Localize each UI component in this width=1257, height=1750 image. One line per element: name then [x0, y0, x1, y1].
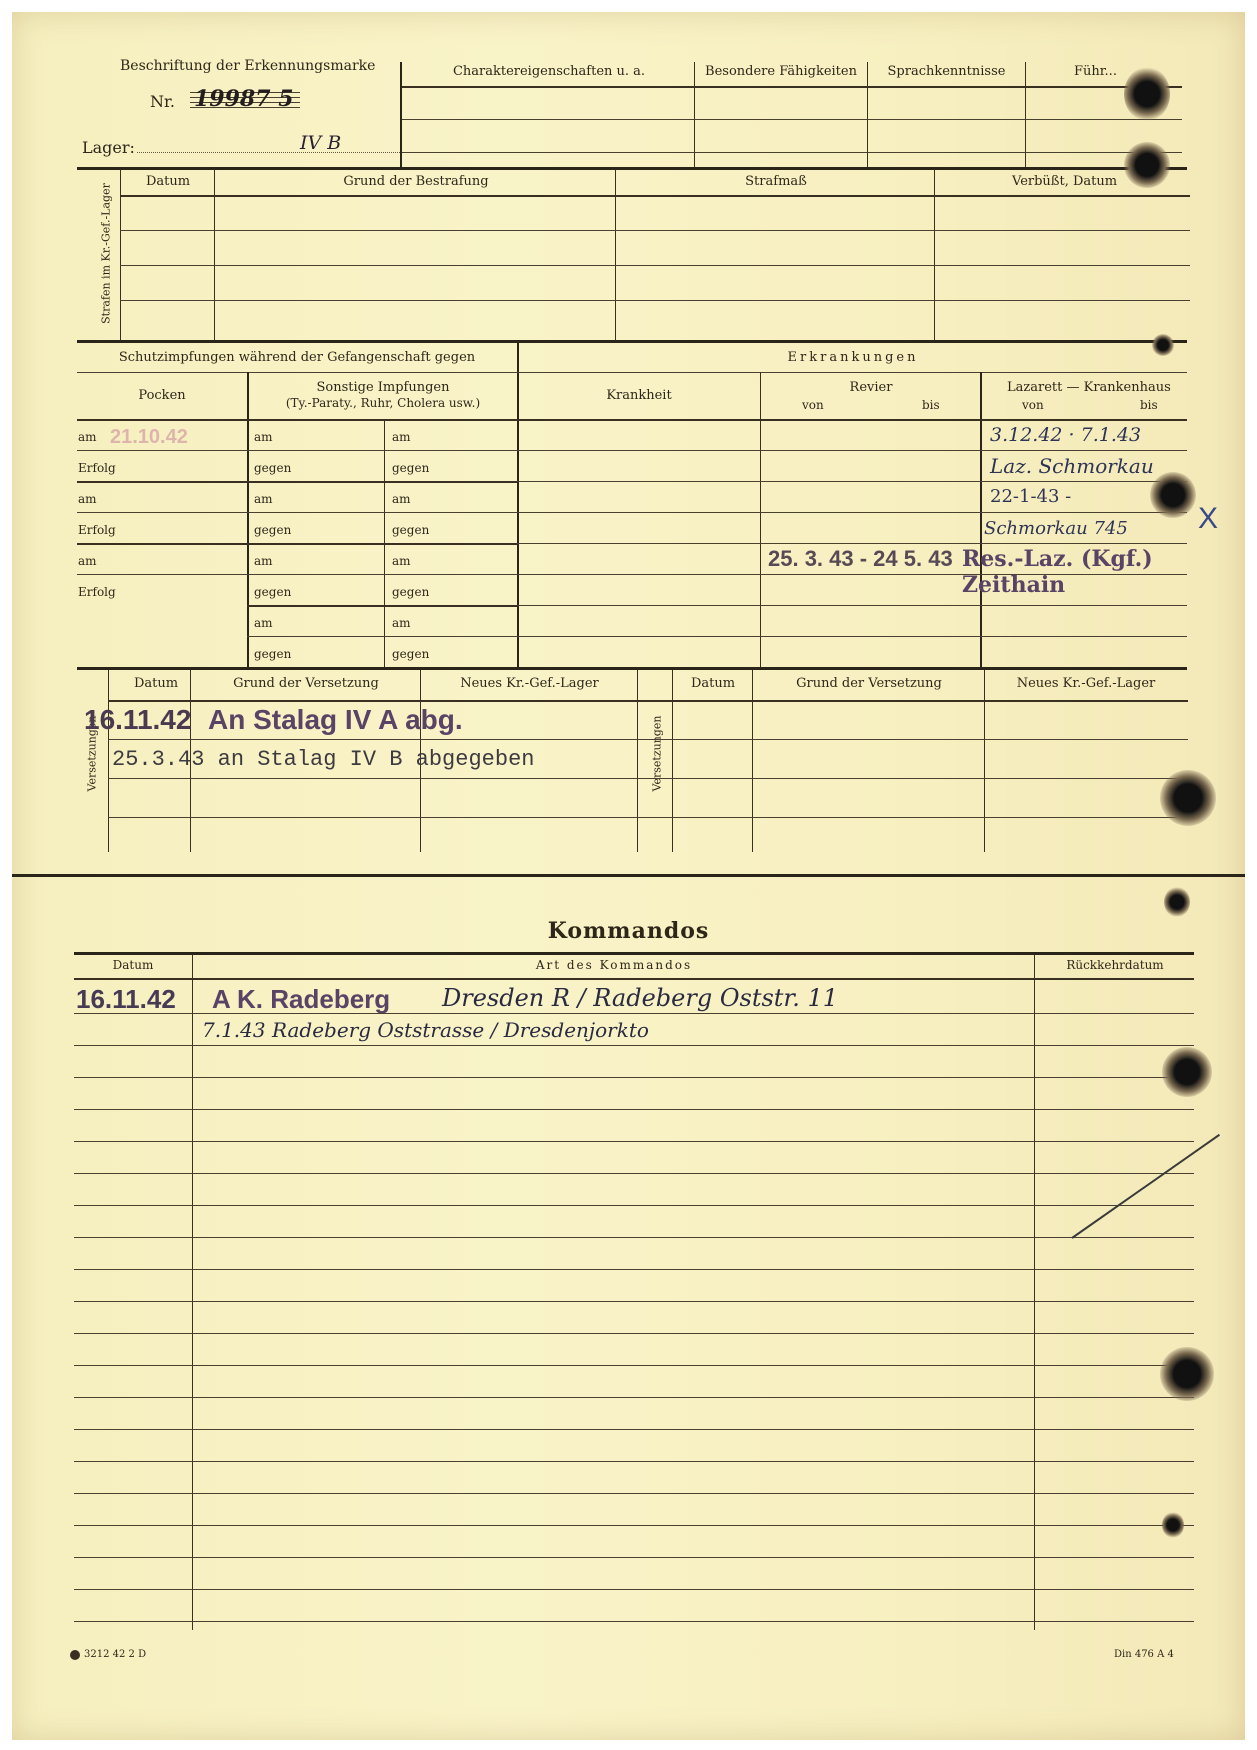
- ruled-line: [74, 1557, 1194, 1558]
- versetzung-date-stamp: 16.11.42: [84, 704, 191, 736]
- punch-hole-icon: [1150, 472, 1196, 518]
- revier-label: Revier: [762, 380, 980, 395]
- revier-von: von: [802, 398, 824, 412]
- sonstige-gegen: gegen: [254, 523, 291, 537]
- cross-mark: X: [1198, 502, 1218, 536]
- ruled-line: [74, 1013, 1194, 1014]
- sonstige-am: am: [254, 554, 273, 568]
- lager-value: IV B: [300, 132, 341, 154]
- lazarett-label: Lazarett — Krankenhaus: [1007, 380, 1171, 395]
- revier-bis: bis: [922, 398, 940, 412]
- lazarett-bis: bis: [1140, 398, 1158, 412]
- ruled-line: [74, 1621, 1194, 1622]
- pocken-erfolg-3: Erfolg: [78, 585, 116, 599]
- nr-label: Nr.: [150, 92, 175, 111]
- punch-hole-icon: [1152, 334, 1174, 356]
- ruled-line: [74, 1077, 1194, 1078]
- sonstige-am: am: [254, 430, 273, 444]
- ruled-line: [74, 1237, 1194, 1238]
- din-format: Din 476 A 4: [1114, 1649, 1174, 1660]
- pocken-date-stamp: 21.10.42: [110, 426, 188, 449]
- sonstige-am: am: [392, 430, 411, 444]
- pocken-erfolg-1: Erfolg: [78, 461, 116, 475]
- form-sheet: Beschriftung der Erkennungsmarke Nr. 199…: [12, 12, 1245, 1740]
- pocken-am-2: am: [78, 492, 97, 506]
- punch-hole-icon: [1162, 1047, 1212, 1097]
- col-sprachkenntnisse: Sprachkenntnisse: [869, 64, 1024, 79]
- ruled-line: [74, 1141, 1194, 1142]
- print-code: 3212 42 2 D: [70, 1649, 146, 1660]
- sonstige-label: Sonstige Impfungen: [249, 380, 517, 395]
- punch-hole-icon: [1164, 887, 1190, 917]
- versetzungen-side-label-right: Versetzungen: [651, 704, 664, 804]
- sonstige-gegen: gegen: [392, 647, 429, 661]
- pocken-erfolg-2: Erfolg: [78, 523, 116, 537]
- lazarett-entry-place: Laz. Schmorkau: [990, 454, 1154, 478]
- lazarett-entry-date2: 22-1-43 -: [990, 486, 1071, 507]
- col-neues-lager-left: Neues Kr.-Gef.-Lager: [422, 676, 637, 691]
- col-verbuesst-datum: Verbüßt, Datum: [1012, 174, 1117, 189]
- punch-hole-icon: [1160, 1347, 1214, 1401]
- ruled-line: [74, 1045, 1194, 1046]
- sonstige-gegen: gegen: [392, 461, 429, 475]
- sonstige-am: am: [254, 616, 273, 630]
- ruled-line: [74, 1429, 1194, 1430]
- col-grund-bestrafung: Grund der Bestrafung: [216, 174, 616, 189]
- col-strafmass: Strafmaß: [617, 174, 935, 189]
- ruled-line: [74, 1173, 1194, 1174]
- punch-hole-icon: [1124, 142, 1170, 188]
- col-fuehrung: Führ...: [1074, 64, 1117, 79]
- col-charakter: Charaktereigenschaften u. a.: [404, 64, 694, 79]
- col-datum: Datum: [122, 174, 214, 189]
- print-code-text: 3212 42 2 D: [84, 1649, 146, 1660]
- punch-hole-icon: [1124, 67, 1170, 121]
- pocken-am-1: am: [78, 430, 97, 444]
- pocken-am-3: am: [78, 554, 97, 568]
- krankheit-label: Krankheit: [519, 388, 759, 403]
- lazarett-von: von: [1022, 398, 1044, 412]
- sonstige-gegen: gegen: [254, 585, 291, 599]
- nr-value: 19987 5: [194, 86, 294, 112]
- kommandos-title: Kommandos: [12, 918, 1245, 944]
- printer-mark-icon: [70, 1650, 80, 1660]
- ruled-line: [74, 1589, 1194, 1590]
- pen-stroke: [1071, 1134, 1220, 1239]
- kommando-stamp: A K. Radeberg: [212, 984, 390, 1015]
- sonstige-gegen: gegen: [254, 647, 291, 661]
- lager-field[interactable]: [137, 152, 402, 153]
- ruled-line: [74, 1365, 1194, 1366]
- erkennungsmarke-title: Beschriftung der Erkennungsmarke: [120, 58, 375, 74]
- versetzung-typed-entry: 25.3.43 an Stalag IV B abgegeben: [112, 747, 534, 772]
- sonstige-gegen: gegen: [392, 585, 429, 599]
- sonstige-am: am: [254, 492, 273, 506]
- lazarett-entry-place2: Schmorkau 745: [984, 518, 1128, 539]
- lazarett-entry-dates: 3.12.42 · 7.1.43: [990, 424, 1141, 446]
- lager-label: Lager:: [82, 138, 135, 157]
- kommando-handwritten-1: Dresden R / Radeberg Oststr. 11: [442, 984, 838, 1012]
- erkrankungen-title: Erkrankungen: [519, 350, 1187, 365]
- ruled-line: [74, 1269, 1194, 1270]
- ruled-line: [74, 1461, 1194, 1462]
- punch-hole-icon: [1160, 770, 1216, 826]
- impfungen-title: Schutzimpfungen während der Gefangenscha…: [77, 350, 517, 365]
- col-datum-left: Datum: [110, 676, 202, 691]
- kommando-handwritten-2: 7.1.43 Radeberg Oststrasse / Dresdenjork…: [202, 1018, 649, 1042]
- ruled-line: [74, 1525, 1194, 1526]
- col-neues-lager-right: Neues Kr.-Gef.-Lager: [986, 676, 1186, 691]
- revier-date-stamp: 25. 3. 43 - 24 5. 43: [768, 546, 953, 572]
- lazarett-stamp: Res.-Laz. (Kgf.) Zeithain: [962, 546, 1245, 598]
- ruled-line: [74, 1109, 1194, 1110]
- sonstige-am: am: [392, 554, 411, 568]
- ruled-line: [74, 1205, 1194, 1206]
- sonstige-sub: (Ty.-Paraty., Ruhr, Cholera usw.): [249, 396, 517, 410]
- ruled-line: [74, 1301, 1194, 1302]
- sonstige-gegen: gegen: [392, 523, 429, 537]
- sonstige-am: am: [392, 492, 411, 506]
- col-datum-right: Datum: [674, 676, 752, 691]
- kommando-date-stamp: 16.11.42: [76, 984, 176, 1015]
- versetzung-reason-stamp: An Stalag IV A abg.: [208, 704, 463, 736]
- strafen-side-label: Strafen im Kr.-Gef.-Lager: [100, 174, 113, 334]
- ruled-line: [74, 1333, 1194, 1334]
- col-grund-right: Grund der Versetzung: [754, 676, 984, 691]
- col-datum: Datum: [74, 958, 192, 972]
- pocken-label: Pocken: [77, 388, 247, 403]
- col-art-kommandos: Art des Kommandos: [194, 958, 1034, 972]
- sonstige-gegen: gegen: [254, 461, 291, 475]
- sonstige-am: am: [392, 616, 411, 630]
- col-grund-left: Grund der Versetzung: [192, 676, 420, 691]
- ruled-line: [74, 1397, 1194, 1398]
- nr-field[interactable]: 19987 5: [190, 86, 300, 116]
- punch-hole-icon: [1162, 1512, 1184, 1538]
- col-faehigkeiten: Besondere Fähigkeiten: [696, 64, 866, 79]
- ruled-line: [74, 1493, 1194, 1494]
- col-rueckkehrdatum: Rückkehrdatum: [1036, 958, 1194, 972]
